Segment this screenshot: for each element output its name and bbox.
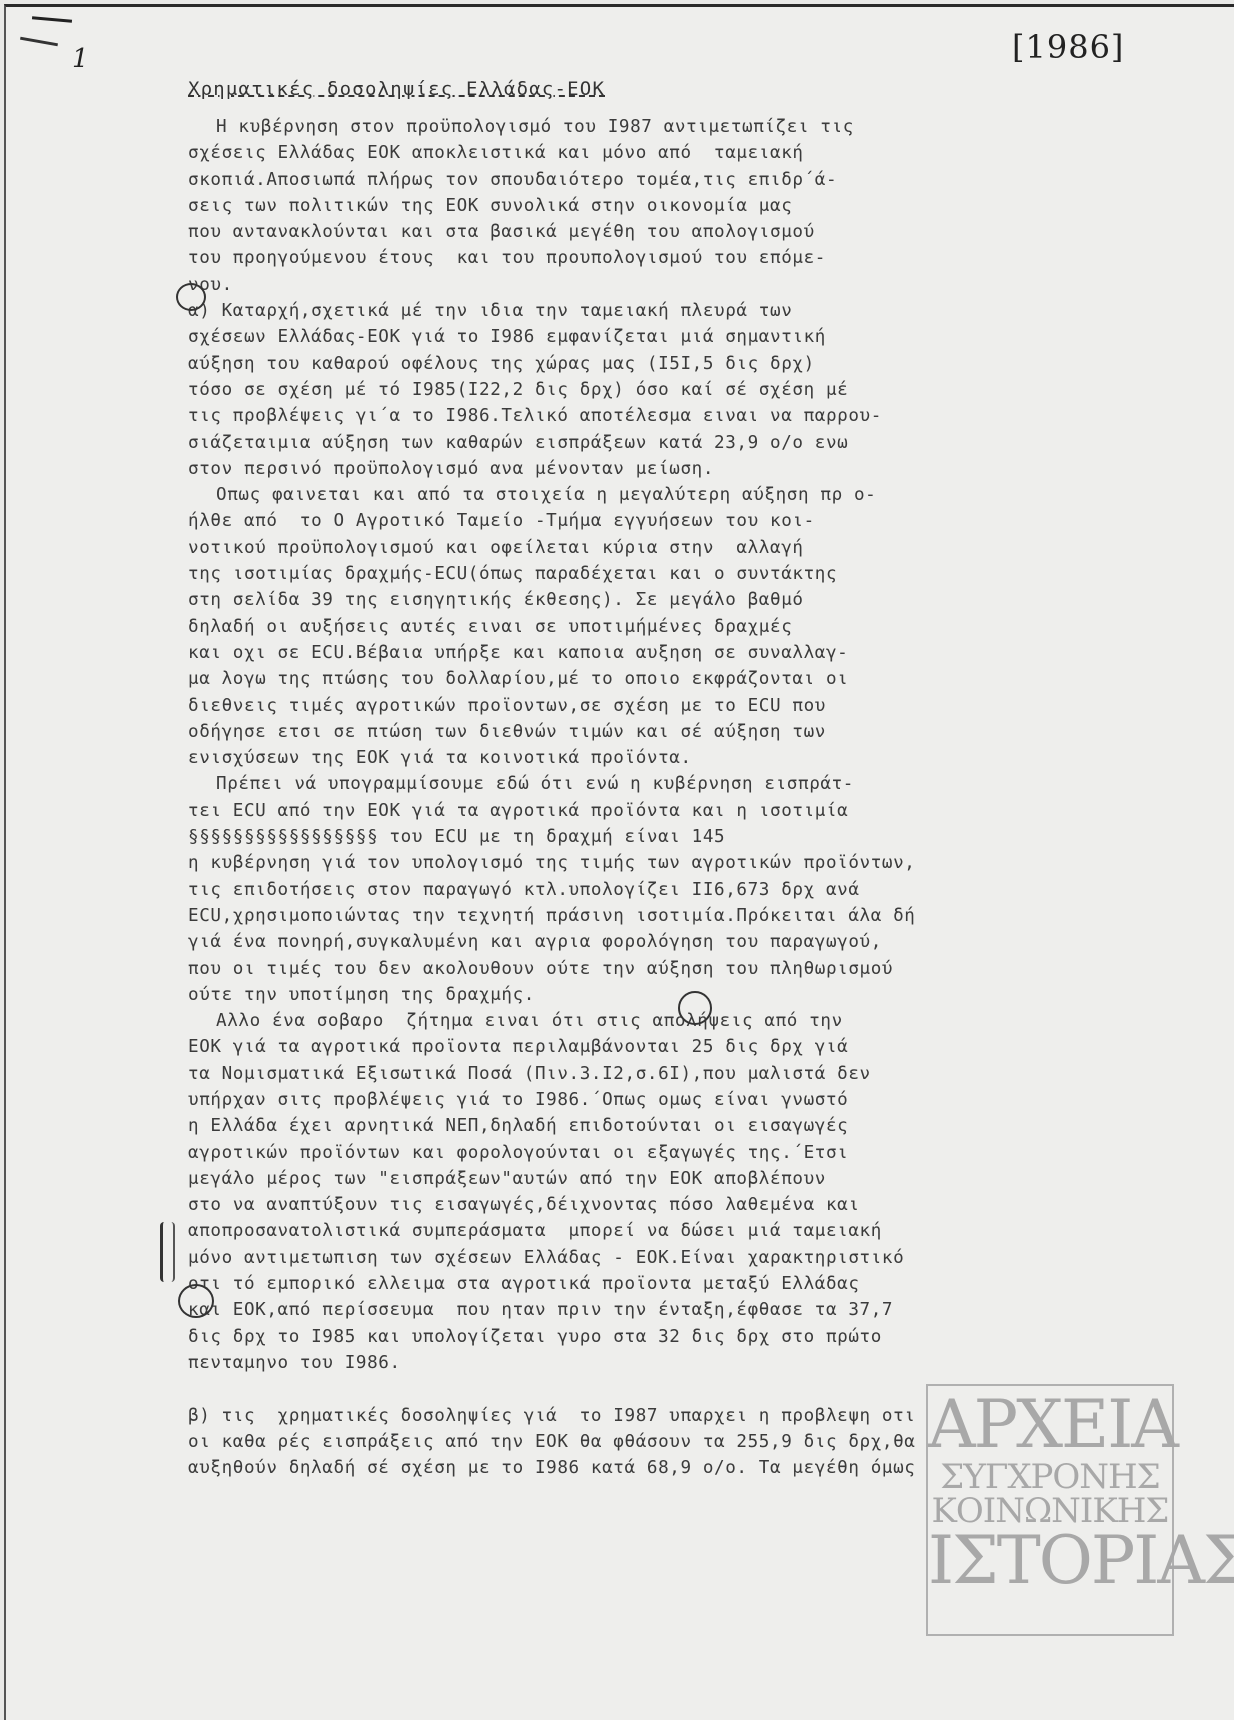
margin-bracket-mark bbox=[160, 1222, 175, 1282]
text-line: ΕΟΚ γιά τα αγροτικά προϊοντα περιλαμβάνο… bbox=[188, 1034, 1188, 1060]
text-line: νου. bbox=[188, 272, 1188, 298]
text-line: τει ECU από την ΕΟΚ γιά τα αγροτικά προϊ… bbox=[188, 798, 1188, 824]
text-line: τα Νομισματικά Εξισωτικά Ποσά (Πιν.3.Ι2,… bbox=[188, 1061, 1188, 1087]
text-line: η Ελλάδα έχει αρνητικά ΝΕΠ,δηλαδή επιδοτ… bbox=[188, 1113, 1188, 1139]
text-line: και ΕΟΚ,από περίσσευμα που ηταν πριν την… bbox=[188, 1297, 1188, 1323]
text-line: τις προβλέψεις γι΄α το Ι986.Τελικό αποτέ… bbox=[188, 403, 1188, 429]
text-line: που αντανακλούνται και στα βασικά μεγέθη… bbox=[188, 219, 1188, 245]
text-line: σχέσεων Ελλάδας-ΕΟΚ γιά το Ι986 εμφανίζε… bbox=[188, 324, 1188, 350]
text-line: α) Καταρχή,σχετικά μέ την ιδια την ταμει… bbox=[188, 298, 1188, 324]
text-line: σεις των πολιτικών της ΕΟΚ συνολικά στην… bbox=[188, 193, 1188, 219]
year-tag: [1986] bbox=[1012, 28, 1124, 66]
text-line: §§§§§§§§§§§§§§§§§ του ECU με τη δραχμή ε… bbox=[188, 824, 1188, 850]
text-line: ενισχύσεων της ΕΟΚ γιά τα κοινοτικά προϊ… bbox=[188, 745, 1188, 771]
text-line: αγροτικών προϊόντων και φορολογούνται οι… bbox=[188, 1140, 1188, 1166]
text-line: οτι τό εμπορικό ελλειμα στα αγροτικά προ… bbox=[188, 1271, 1188, 1297]
text-line: μόνο αντιμετωπιση των σχέσεων Ελλάδας - … bbox=[188, 1245, 1188, 1271]
text-line: αύξηση του καθαρού οφέλους της χώρας μας… bbox=[188, 351, 1188, 377]
circle-annotation-a bbox=[176, 283, 206, 311]
text-line: διεθνεις τιμές αγροτικών προϊοντων,σε σχ… bbox=[188, 693, 1188, 719]
text-line: που οι τιμές του δεν ακολουθουν ούτε την… bbox=[188, 956, 1188, 982]
text-line: πενταμηνο του Ι986. bbox=[188, 1350, 1188, 1376]
text-line: Οπως φαινεται και από τα στοιχεία η μεγα… bbox=[188, 482, 1188, 508]
text-line: σκοπιά.Αποσιωπά πλήρως τον σπουδαιότερο … bbox=[188, 167, 1188, 193]
text-line: τόσο σε σχέση μέ τό Ι985(Ι22,2 δις δρχ) … bbox=[188, 377, 1188, 403]
text-line: Πρέπει νά υπογραμμίσουμε εδώ ότι ενώ η κ… bbox=[188, 771, 1188, 797]
text-line: της ισοτιμίας δραχμής-ECU(όπως παραδέχετ… bbox=[188, 561, 1188, 587]
text-line: αποπροσανατολιστικά συμπεράσματα μπορεί … bbox=[188, 1218, 1188, 1244]
text-line: υπήρχαν σιτς προβλέψεις γιά το Ι986.΄Οπω… bbox=[188, 1087, 1188, 1113]
text-line: τις επιδοτήσεις στον παραγωγό κτλ.υπολογ… bbox=[188, 877, 1188, 903]
text-line: δις δρχ το Ι985 και υπολογίζεται γυρο στ… bbox=[188, 1324, 1188, 1350]
text-line: στον περσινό προϋπολογισμό ανα μένονταν … bbox=[188, 456, 1188, 482]
text-line: του προηγούμενου έτους και του προυπολογ… bbox=[188, 245, 1188, 271]
page-number: 1 bbox=[72, 44, 89, 74]
text-line: δηλαδή οι αυξήσεις αυτές ειναι σε υποτιμ… bbox=[188, 614, 1188, 640]
archive-stamp: ΑΡΧΕΙΑ ΣΥΓΧΡΟΝΗΣ ΚΟΙΝΩΝΙΚΗΣ ΙΣΤΟΡΙΑΣ bbox=[926, 1384, 1174, 1636]
text-line: και οχι σε ECU.Βέβαια υπήρξε και καποια … bbox=[188, 640, 1188, 666]
text-line: μεγάλο μέρος των "εισπράξεων"αυτών από τ… bbox=[188, 1166, 1188, 1192]
text-line: σχέσεις Ελλάδας ΕΟΚ αποκλειστικά και μόν… bbox=[188, 140, 1188, 166]
stamp-line: ΙΣΤΟΡΙΑΣ bbox=[928, 1528, 1172, 1594]
text-line: ECU,χρησιμοποιώντας την τεχνητή πράσινη … bbox=[188, 903, 1188, 929]
text-line: η κυβέρνηση γιά τον υπολογισμό της τιμής… bbox=[188, 850, 1188, 876]
text-line: ήλθε από το Ο Αγροτικό Ταμείο -Τμήμα εγγ… bbox=[188, 508, 1188, 534]
document-body: Η κυβέρνηση στον προϋπολογισμό του Ι987 … bbox=[188, 114, 1188, 1481]
document-title: Χρηματικές δοσοληψίες Ελλάδας-ΕΟΚ bbox=[188, 78, 605, 100]
text-line: Η κυβέρνηση στον προϋπολογισμό του Ι987 … bbox=[188, 114, 1188, 140]
text-line: σιάζεταιμια αύξηση των καθαρών εισπράξεω… bbox=[188, 430, 1188, 456]
text-line: οδήγησε ετσι σε πτώση των διεθνών τιμών … bbox=[188, 719, 1188, 745]
text-line: στο να αναπτύξουν τις εισαγωγές,δέιχνοντ… bbox=[188, 1192, 1188, 1218]
circle-annotation-b bbox=[178, 1284, 214, 1318]
stamp-line: ΣΥΓΧΡΟΝΗΣ bbox=[928, 1460, 1172, 1494]
text-line: νοτικού προϋπολογισμού και οφείλεται κύρ… bbox=[188, 535, 1188, 561]
circle-annotation-25 bbox=[678, 991, 712, 1025]
stamp-line: ΑΡΧΕΙΑ bbox=[928, 1392, 1172, 1458]
text-line: στη σελίδα 39 της εισηγητικής έκθεσης). … bbox=[188, 587, 1188, 613]
text-line: γιά ένα πονηρή,συγκαλυμένη και αγρια φορ… bbox=[188, 929, 1188, 955]
text-line: μα λογω της πτώσης του δολλαρίου,μέ το ο… bbox=[188, 666, 1188, 692]
